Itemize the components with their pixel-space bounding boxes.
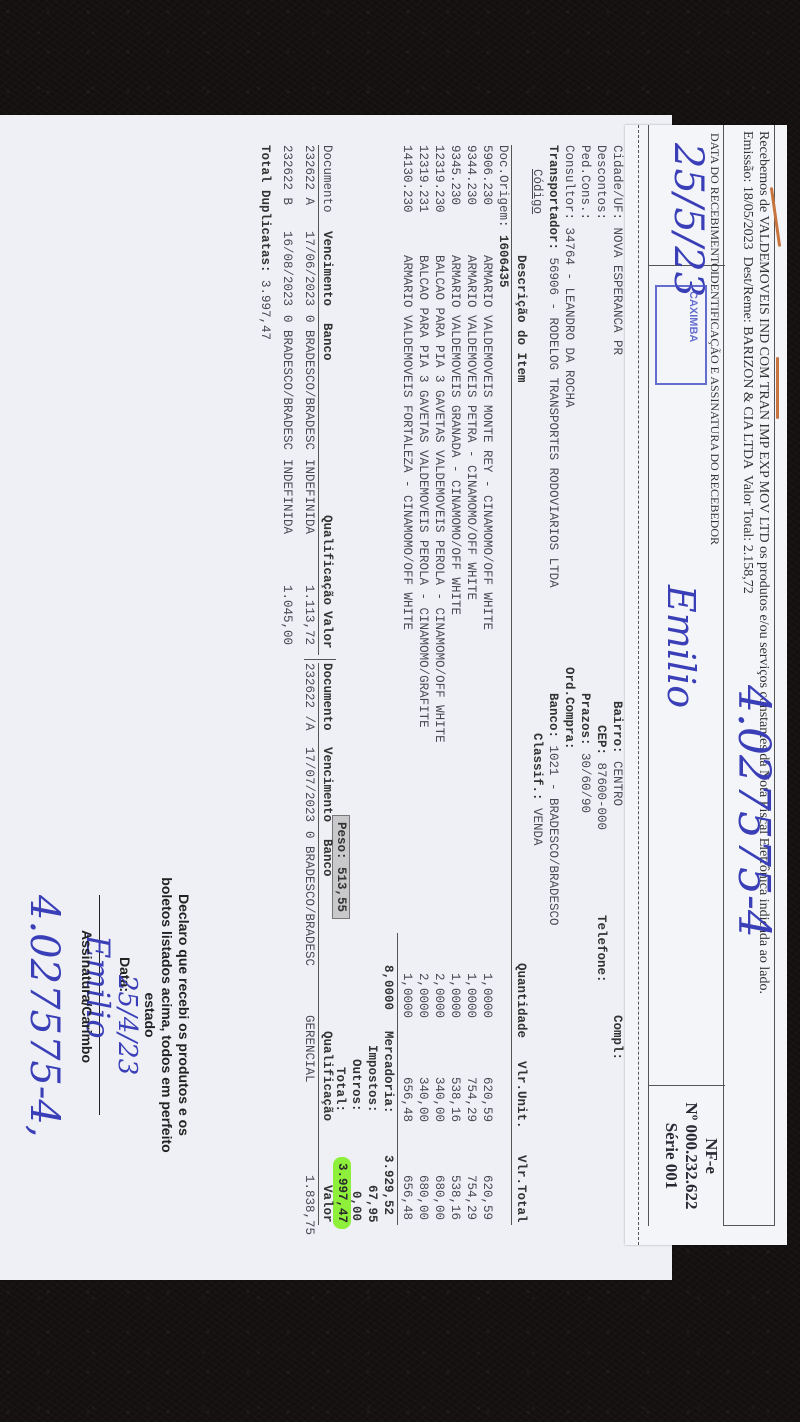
nfe-series: Série 001: [661, 1086, 681, 1226]
signature-label: Assinatura/Carimbo: [80, 930, 94, 1063]
dup-r-col-qualificacao: Qualificação: [320, 1031, 334, 1121]
consultor: Consultor: 34764 - LEANDRO DA ROCHA: [562, 145, 576, 408]
cell-vlr-unit: 656,48: [400, 1077, 414, 1122]
dup-col-banco: Banco: [320, 323, 334, 361]
dup-cell-valor: 1.838,75: [302, 1175, 316, 1235]
dup-r-col-valor: Valor: [320, 1185, 334, 1223]
ord-compra: Ord.Compra:: [562, 667, 576, 750]
col-codigo: Código: [530, 169, 544, 214]
cell-quantidade: 2,0000: [416, 973, 430, 1018]
cell-codigo: 5906.230: [480, 145, 494, 205]
cell-codigo: 12319.231: [416, 145, 430, 213]
dup-cell-documento: 232622 /A: [302, 663, 316, 731]
outros-value: 0,00: [349, 1191, 363, 1221]
declaration-text: Declaro que recebi os produtos e os bole…: [141, 835, 192, 1195]
impostos-value: 67,95: [365, 1185, 379, 1223]
outros-label: Outros:: [349, 1059, 363, 1112]
stamp: CAXIMBA: [655, 285, 707, 385]
dup-cell-vencimento: 16/08/2023: [280, 231, 294, 306]
peso-box: Peso: 513,55: [332, 815, 350, 919]
invoice-sheet: Cidade/UF: NOVA ESPERANCA PR Bairro: CEN…: [0, 115, 672, 1280]
nfe-title: NF-e: [701, 1086, 721, 1226]
col-vlr-unit: Vlr.Unit.: [514, 1061, 528, 1129]
dup-r-col-vencimento: Vencimento: [320, 747, 334, 822]
banco: Banco: 1021 - BRADESCO/BRADESCO: [546, 693, 560, 926]
descontos: Descontos:: [594, 145, 608, 220]
cell-vlr-total: 754,29: [464, 1175, 478, 1220]
nfe-box: NF-e Nº 000.232.622 Série 001: [648, 1085, 725, 1226]
cell-quantidade: 1,0000: [480, 973, 494, 1018]
total-label: Total:: [333, 1067, 347, 1112]
dup-left-rule: [318, 145, 319, 655]
dup-divider: [304, 659, 336, 660]
dup-cell-banco: 0 BRADESCO/BRADESC: [280, 315, 294, 450]
col-descricao: Descrição do Item: [514, 255, 528, 383]
dup-cell-qualificacao: INDEFINIDA: [302, 459, 316, 534]
cell-vlr-total: 656,48: [400, 1175, 414, 1220]
recipient-id-label: IDENTIFICAÇÃO E ASSINATURA DO RECEBEDOR: [708, 271, 722, 545]
stub-handwritten-signature: Emilio: [659, 585, 703, 708]
col-vlr-total: Vlr.Total: [514, 1155, 528, 1223]
mercadoria-value: 3.929,52: [381, 1155, 395, 1215]
table-header-rule: [511, 145, 512, 1225]
cell-quantidade: 1,0000: [400, 973, 414, 1018]
bairro-2: Bairro: CENTRO: [610, 701, 624, 806]
dup-r-col-documento: Documento: [320, 663, 334, 731]
dup-cell-qualificacao: INDEFINIDA: [280, 459, 294, 534]
dup-cell-vencimento: 17/07/2023: [302, 747, 316, 822]
nfe-number: Nº 000.232.622: [681, 1086, 701, 1226]
cell-vlr-unit: 538,16: [448, 1077, 462, 1122]
dup-right-rule: [318, 663, 319, 1225]
cell-codigo: 9344.230: [464, 145, 478, 205]
dup-col-vencimento: Vencimento: [320, 231, 334, 306]
dup-cell-qualificacao: GERENCIAL: [302, 1015, 316, 1083]
dup-cell-valor: 1.045,00: [280, 585, 294, 645]
cell-codigo: 12319.230: [432, 145, 446, 213]
staple-2: [776, 357, 779, 419]
cell-vlr-total: 620,59: [480, 1175, 494, 1220]
transportador: Transportador: 56906 - RODELOG TRANSPORT…: [546, 145, 560, 588]
cell-codigo: 9345.230: [448, 145, 462, 205]
dup-cell-vencimento: 17/06/2023: [302, 231, 316, 306]
cell-vlr-unit: 754,29: [464, 1077, 478, 1122]
telefone-2: Telefone:: [594, 915, 608, 983]
stub-text-box: Recebemos de VALDEMOVEIS IND COM TRAN IM…: [723, 125, 775, 1226]
cep-2: CEP: 87600-000: [594, 725, 608, 830]
cell-quantidade: 2,0000: [432, 973, 446, 1018]
ped-cons: Ped.Cons.:: [578, 145, 592, 220]
dup-cell-banco: 0 BRADESCO/BRADESC: [302, 831, 316, 966]
prazos: Prazos: 30/60/90: [578, 693, 592, 813]
cell-descricao: ARMARIO VALDEMOVEIS PETRA - CINAMOMO/OFF…: [464, 255, 478, 600]
col-quantidade: Quantidade: [514, 963, 528, 1038]
dup-col-valor: Valor: [320, 611, 334, 649]
receipt-stub: Recebemos de VALDEMOVEIS IND COM TRAN IM…: [625, 125, 787, 1245]
cell-vlr-unit: 340,00: [416, 1077, 430, 1122]
total-duplicatas: Total Duplicatas: 3.997,47: [258, 145, 272, 340]
dup-cell-valor: 1.113,72: [302, 585, 316, 645]
cell-descricao: BALCAO PARA PIA 3 GAVETAS VALDEMOVEIS PE…: [432, 255, 446, 743]
total-value-highlighted: 3.997,47: [333, 1157, 351, 1229]
dup-col-documento: Documento: [320, 145, 334, 213]
dup-r-col-banco: Banco: [320, 839, 334, 877]
cell-quantidade: 1,0000: [448, 973, 462, 1018]
cell-quantidade: 1,0000: [464, 973, 478, 1018]
stub-sign-box: DATA DO RECEBIMENTO IDENTIFICAÇÃO E ASSI…: [648, 125, 725, 1086]
cell-vlr-unit: 340,00: [432, 1077, 446, 1122]
stub-line2: Emissão: 18/05/2023 Dest/Reme: BARIZON &…: [739, 131, 755, 594]
perforation-line: [638, 125, 639, 1245]
cell-vlr-unit: 620,59: [480, 1077, 494, 1122]
doc-origem: Doc.Origem: 1606435: [496, 145, 510, 288]
stub-handwritten-number: 4.027575-4: [728, 685, 779, 938]
cell-descricao: BALCAO PARA PIA 3 GAVETAS VALDEMOVEIS PE…: [416, 255, 430, 728]
totals-rule: [397, 933, 398, 1225]
stub-handwritten-date: 25/5/23: [665, 143, 711, 297]
dup-cell-banco: 0 BRADESCO/BRADESC: [302, 315, 316, 450]
mercadoria-label: Mercadoria:: [381, 1031, 395, 1114]
cell-vlr-total: 680,00: [416, 1175, 430, 1220]
cell-descricao: ARMARIO VALDEMOVEIS FORTALEZA - CINAMOMO…: [400, 255, 414, 630]
cell-vlr-total: 680,00: [432, 1175, 446, 1220]
cell-descricao: ARMARIO VALDEMOVEIS GRANADA - CINAMOMO/O…: [448, 255, 462, 615]
cell-vlr-total: 538,16: [448, 1175, 462, 1220]
total-quantidade: 8,0000: [381, 965, 395, 1010]
dup-col-qualificacao: Qualificação: [320, 515, 334, 605]
classif: Classif.: VENDA: [530, 733, 544, 846]
cell-codigo: 14130.230: [400, 145, 414, 213]
dup-cell-documento: 232622 B: [280, 145, 294, 205]
cell-descricao: ARMARIO VALDEMOVEIS MONTE REY - CINAMOMO…: [480, 255, 494, 630]
compl-2: Compl:: [610, 1015, 624, 1060]
dup-cell-documento: 232622 A: [302, 145, 316, 205]
handwritten-number: 4.027575-4,: [21, 895, 67, 1138]
cidade-uf-2: Cidade/UF: NOVA ESPERANCA PR: [610, 145, 624, 355]
impostos-label: Impostos:: [365, 1045, 379, 1113]
